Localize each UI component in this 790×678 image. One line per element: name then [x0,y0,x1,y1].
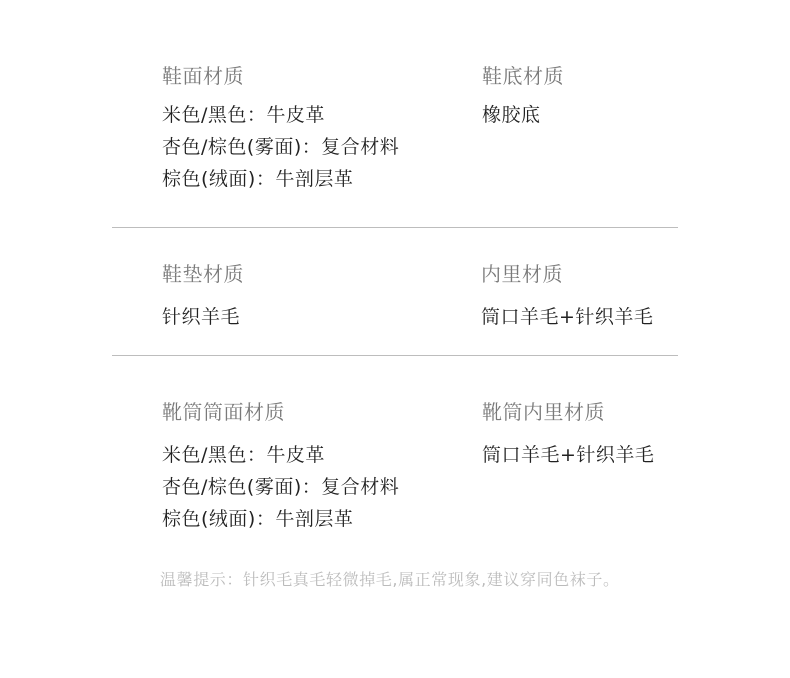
shaft-lining-material-label: 靴筒内里材质 [482,399,654,425]
shaft-lining-material-value: 筒口羊毛+针织羊毛 [482,439,654,471]
sole-material-block: 鞋底材质 橡胶底 [482,63,564,131]
lining-material-block: 内里材质 筒口羊毛+针织羊毛 [481,261,653,333]
upper-material-value: 棕色(绒面)：牛剖层革 [162,163,399,195]
upper-material-value: 米色/黑色：牛皮革 [162,99,399,131]
lining-material-values: 筒口羊毛+针织羊毛 [481,301,653,333]
upper-material-label: 鞋面材质 [162,63,399,89]
shaft-outer-material-block: 靴筒筒面材质 米色/黑色：牛皮革 杏色/棕色(雾面)：复合材料 棕色(绒面)：牛… [162,399,399,535]
sole-material-value: 橡胶底 [482,99,564,131]
insole-material-block: 鞋垫材质 针织羊毛 [162,261,244,333]
insole-material-value: 针织羊毛 [162,301,244,333]
insole-material-values: 针织羊毛 [162,301,244,333]
shaft-outer-material-value: 杏色/棕色(雾面)：复合材料 [162,471,399,503]
divider [112,227,678,228]
divider [112,355,678,356]
shaft-outer-material-label: 靴筒筒面材质 [162,399,399,425]
sole-material-values: 橡胶底 [482,99,564,131]
upper-material-block: 鞋面材质 米色/黑色：牛皮革 杏色/棕色(雾面)：复合材料 棕色(绒面)：牛剖层… [162,63,399,195]
shaft-lining-material-block: 靴筒内里材质 筒口羊毛+针织羊毛 [482,399,654,471]
lining-material-label: 内里材质 [481,261,653,287]
shaft-lining-material-values: 筒口羊毛+针织羊毛 [482,439,654,471]
shaft-outer-material-values: 米色/黑色：牛皮革 杏色/棕色(雾面)：复合材料 棕色(绒面)：牛剖层革 [162,439,399,535]
care-tip-note: 温馨提示：针织毛真毛轻微掉毛,属正常现象,建议穿同色袜子。 [160,569,620,591]
shaft-outer-material-value: 米色/黑色：牛皮革 [162,439,399,471]
shaft-outer-material-value: 棕色(绒面)：牛剖层革 [162,503,399,535]
sole-material-label: 鞋底材质 [482,63,564,89]
upper-material-values: 米色/黑色：牛皮革 杏色/棕色(雾面)：复合材料 棕色(绒面)：牛剖层革 [162,99,399,195]
insole-material-label: 鞋垫材质 [162,261,244,287]
upper-material-value: 杏色/棕色(雾面)：复合材料 [162,131,399,163]
lining-material-value: 筒口羊毛+针织羊毛 [481,301,653,333]
